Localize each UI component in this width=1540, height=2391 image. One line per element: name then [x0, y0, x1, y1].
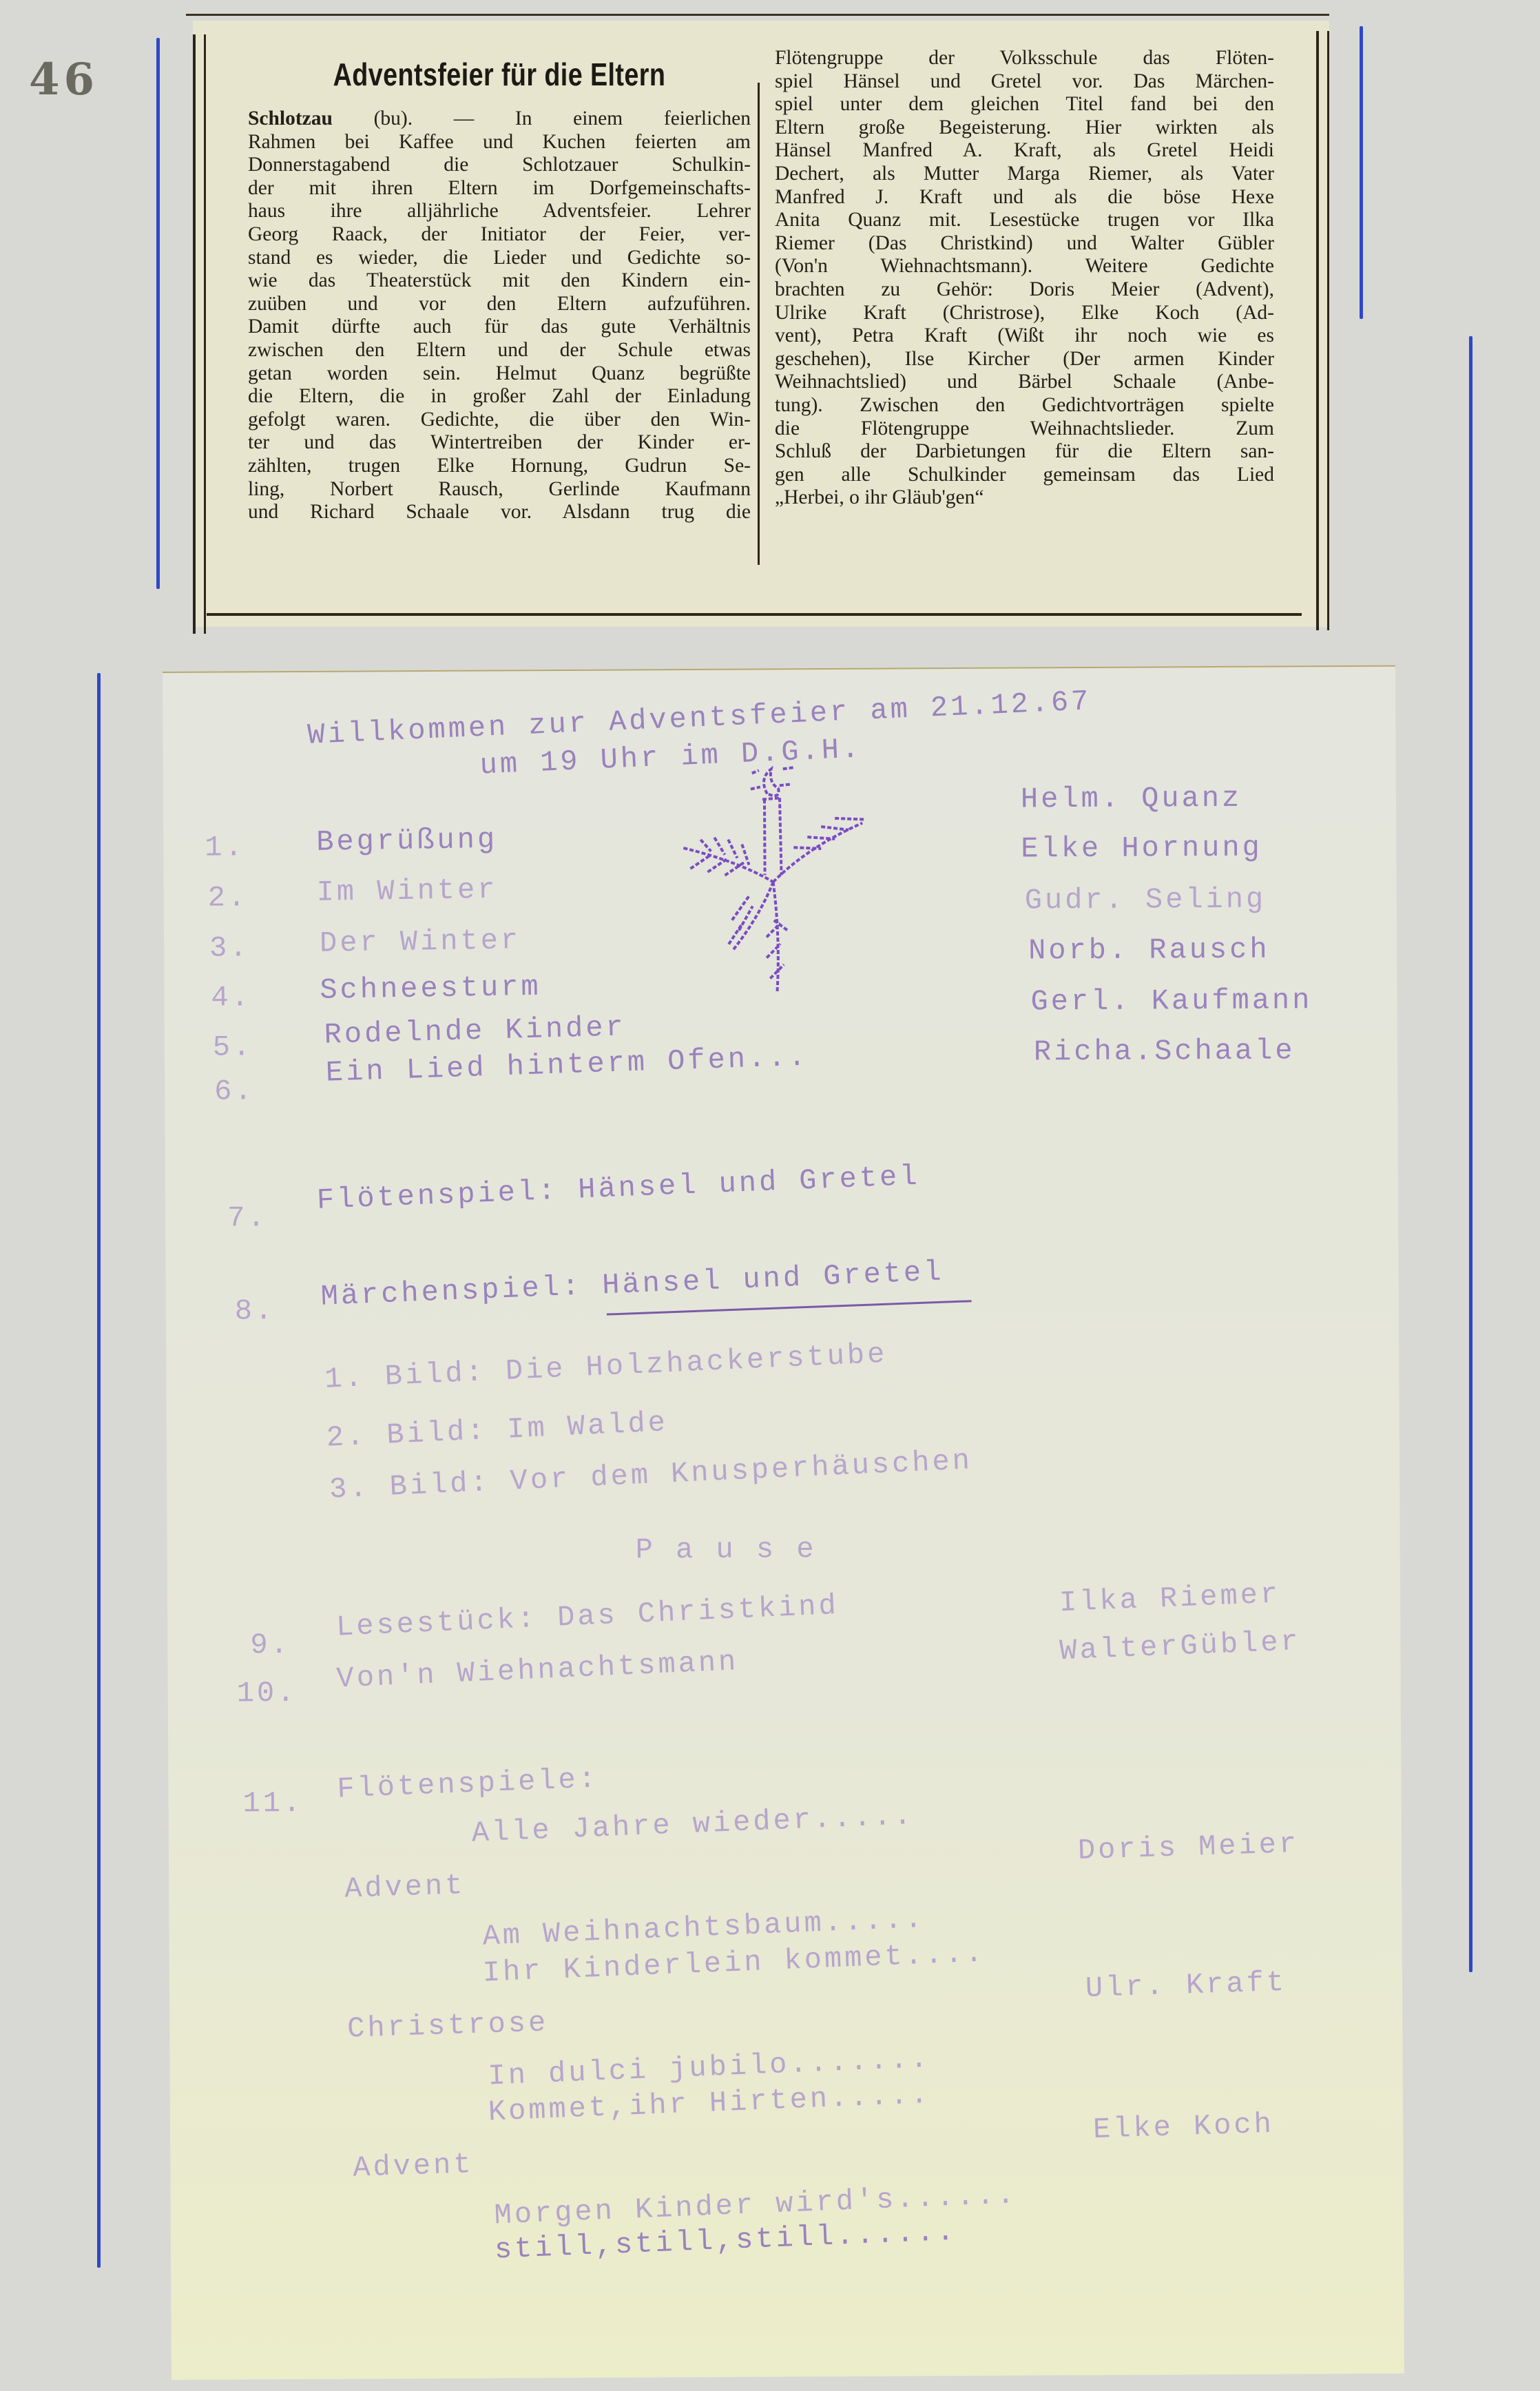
item-number: 9.	[250, 1628, 291, 1662]
sheet-top-edge	[163, 665, 1395, 673]
item-number: 3.	[209, 931, 250, 964]
article-line: und Richard Schaale vor. Alsdann trug di…	[248, 501, 751, 524]
newspaper-clipping: Adventsfeier für die Eltern Schlotzau (b…	[193, 21, 1329, 627]
item-number: 10.	[237, 1677, 298, 1710]
song-line: Alle Jahre wieder.....	[471, 1799, 915, 1850]
item-number: 4.	[211, 981, 251, 1014]
article-line: gefolgt waren. Gedichte, die über den Wi…	[248, 408, 751, 432]
article-line: die Eltern, die in großer Zahl der Einla…	[248, 385, 751, 408]
clipping-right-border	[1316, 31, 1329, 630]
item-title: Von'n Wiehnachtsmann	[336, 1645, 740, 1695]
column-divider	[758, 83, 760, 565]
performer-name: Ulr. Kraft	[1085, 1966, 1287, 2005]
performer-name: Gerl. Kaufmann	[1030, 984, 1312, 1018]
article-line: geschehen), Ilse Kircher (Der armen Kind…	[775, 348, 1274, 371]
article-line: ling, Norbert Rausch, Gerlinde Kaufmann	[248, 478, 751, 501]
item-title: Schneesturm	[320, 971, 541, 1007]
article-line: Eltern große Begeisterung. Hier wirkten …	[775, 116, 1274, 140]
pause-label: P a u s e	[636, 1533, 817, 1566]
article-line: brachten zu Gehör: Doris Meier (Advent),	[775, 278, 1274, 302]
poem-title: Advent	[344, 1869, 466, 1905]
blue-margin-line-bottom-right	[1469, 336, 1473, 1972]
article-line: Weihnachtslied) und Bärbel Schaale (Anbe…	[775, 371, 1274, 394]
article-line: Schlotzau (bu). — In einem feierlichen	[248, 107, 751, 131]
article-line: Schluß der Darbietungen für die Eltern s…	[775, 440, 1274, 464]
item-number: 1.	[205, 831, 245, 864]
article-line: Riemer (Das Christkind) und Walter Güble…	[775, 232, 1274, 256]
performer-name: Doris Meier	[1077, 1828, 1300, 1867]
article-line: Dechert, als Mutter Marga Riemer, als Va…	[775, 163, 1274, 186]
clipping-bottom-rule	[207, 613, 1302, 616]
article-line: ter und das Wintertreiben der Kinder er-	[248, 431, 751, 455]
blue-margin-line-bottom-left	[97, 673, 101, 2268]
performer-name: Helm. Quanz	[1021, 782, 1242, 816]
article-line: Flötengruppe der Volksschule das Flöten-	[775, 47, 1274, 70]
article-line: zählten, trugen Elke Hornung, Gudrun Se-	[248, 455, 751, 478]
blue-margin-line-top-left	[156, 38, 160, 589]
item-number: 11.	[242, 1787, 303, 1820]
blue-margin-line-top-right	[1360, 26, 1363, 319]
article-line: die Flötengruppe Weihnachtslieder. Zum	[775, 417, 1274, 441]
article-line: getan worden sein. Helmut Quanz begrüßte	[248, 362, 751, 386]
performer-name: Elke Hornung	[1021, 831, 1262, 866]
performer-name: WalterGübler	[1059, 1625, 1302, 1668]
article-line: zuüben und vor den Eltern aufzuführen.	[248, 293, 751, 316]
article-line: Rahmen bei Kaffee und Kuchen feierten am	[248, 131, 751, 154]
item-title: Flötenspiel: Hänsel und Gretel	[316, 1160, 920, 1217]
clipping-top-rule	[186, 14, 1329, 16]
page-number: 46	[29, 54, 98, 105]
article-line: Georg Raack, der Initiator der Feier, ve…	[248, 223, 751, 247]
article-line: Donnerstagabend die Schlotzauer Schulkin…	[248, 154, 751, 177]
article-line: wie das Theaterstück mit den Kindern ein…	[248, 269, 751, 293]
performer-name: Ilka Riemer	[1059, 1577, 1281, 1619]
scene-line: 2. Bild: Im Walde	[326, 1406, 669, 1454]
article-line: gen alle Schulkinder gemeinsam das Lied	[775, 464, 1274, 487]
article-dateline: Schlotzau	[248, 107, 333, 130]
item-title: Rodelnde Kinder	[324, 1011, 626, 1051]
item-number: 2.	[208, 881, 249, 914]
performer-name: Gudr. Seling	[1025, 883, 1267, 918]
performer-name: Norb. Rausch	[1028, 933, 1270, 968]
article-line: „Herbei, o ihr Gläub'gen“	[775, 486, 1274, 510]
article-line: der mit ihren Eltern im Dorfgemeinschaft…	[248, 177, 751, 200]
article-line: stand es wieder, die Lieder und Gedichte…	[248, 247, 751, 270]
article-line: tung). Zwischen den Gedichtvorträgen spi…	[775, 394, 1274, 417]
programme-sheet: Willkommen zur Adventsfeier am 21.12.67 …	[163, 665, 1404, 2380]
article-line: Ulrike Kraft (Christrose), Elke Koch (Ad…	[775, 302, 1274, 325]
item-number: 8.	[235, 1294, 275, 1327]
item-title: Begrüßung	[316, 823, 498, 859]
scene-line: 1. Bild: Die Holzhackerstube	[324, 1338, 888, 1396]
article-line: Manfred J. Kraft und als die böse Hexe	[775, 186, 1274, 209]
item-title: Im Winter	[316, 873, 498, 909]
article-right-column: Flötengruppe der Volksschule das Flöten-…	[775, 47, 1274, 510]
article-line: Anita Quanz mit. Lesestücke trugen vor I…	[775, 209, 1274, 232]
article-line: vent), Petra Kraft (Wißt ihr noch wie es	[775, 324, 1274, 348]
item-title: Flötenspiele:	[337, 1762, 599, 1805]
item-title: Der Winter	[320, 924, 521, 960]
article-line: Hänsel Manfred A. Kraft, als Gretel Heid…	[775, 139, 1274, 163]
article-left-column: Adventsfeier für die Eltern Schlotzau (b…	[248, 54, 751, 524]
title-underline	[607, 1300, 972, 1315]
item-number: 7.	[227, 1201, 268, 1234]
poem-title: Advent	[353, 2148, 475, 2184]
article-line: haus ihre alljährliche Adventsfeier. Leh…	[248, 200, 751, 223]
item-number: 6.	[214, 1075, 255, 1108]
item-title: Lesestück: Das Christkind	[335, 1589, 840, 1644]
article-line: spiel unter dem gleichen Titel fand bei …	[775, 93, 1274, 116]
performer-name: Elke Koch	[1092, 2108, 1274, 2146]
article-line: (Von'n Wiehnachtsmann). Weitere Gedichte	[775, 255, 1274, 278]
article-line: zwischen den Eltern und der Schule etwas	[248, 339, 751, 362]
poem-title: Christrose	[347, 2006, 549, 2045]
advent-candle-icon	[669, 757, 946, 1013]
article-line: Damit dürfte auch für das gute Verhältni…	[248, 315, 751, 339]
performer-name: Richa.Schaale	[1034, 1034, 1296, 1068]
article-line: spiel Hänsel und Gretel vor. Das Märchen…	[775, 70, 1274, 94]
item-number: 5.	[213, 1031, 253, 1064]
clipping-left-border	[193, 34, 206, 634]
article-headline: Adventsfeier für die Eltern	[293, 54, 706, 95]
scene-line: 3. Bild: Vor dem Knusperhäuschen	[329, 1444, 973, 1506]
